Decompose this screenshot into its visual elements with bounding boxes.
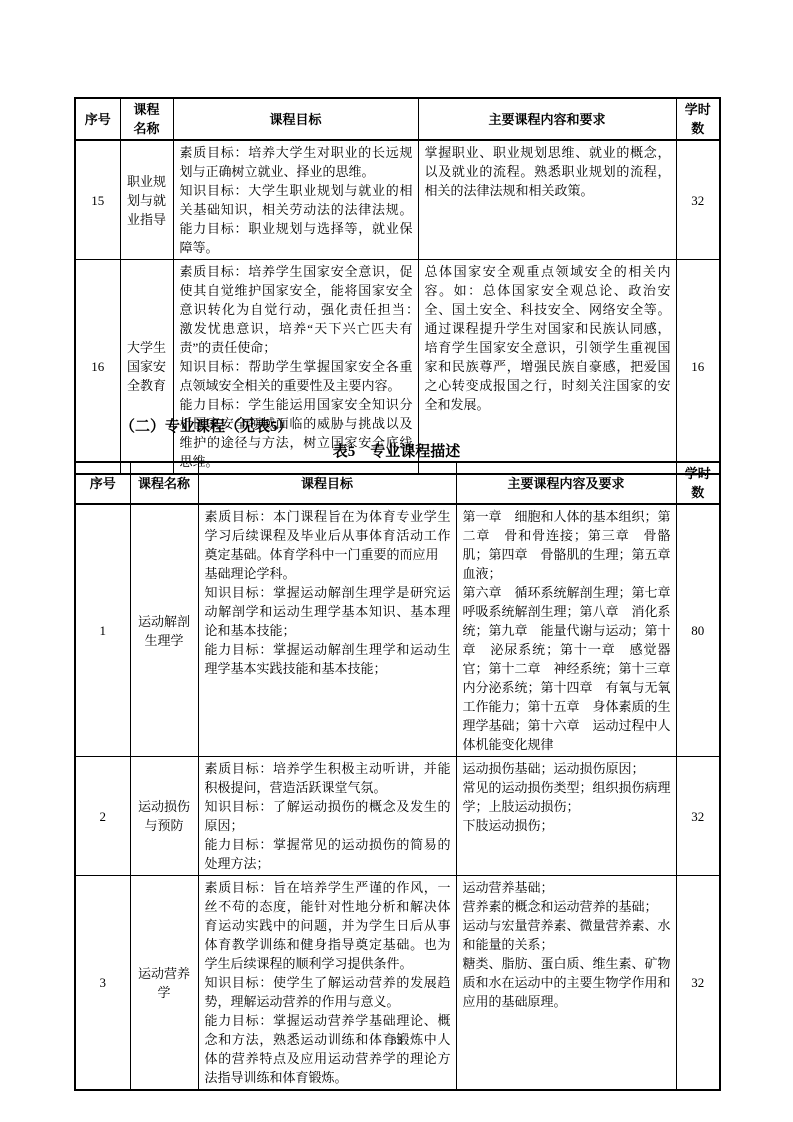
table-row-1: 1 运动解剖 生理学 素质目标：本门课程旨在为体育专业学生学习后续课程及毕业后从… bbox=[75, 504, 720, 757]
cell-course-name: 运动解剖 生理学 bbox=[130, 504, 198, 757]
cell-objectives: 素质目标：培养大学生对职业的长远规划与正确树立就业、择业的思维。 知识目标：大学… bbox=[173, 140, 418, 260]
table-header-row: 序号 课程名称 课程目标 主要课程内容及要求 学时数 bbox=[75, 462, 720, 504]
header-objectives: 课程目标 bbox=[198, 462, 456, 504]
header-no: 序号 bbox=[75, 98, 120, 140]
cell-hours: 32 bbox=[676, 757, 720, 876]
table-row-2: 2 运动损伤 与预防 素质目标：培养学生积极主动听讲，并能积极提问，营造活跃课堂… bbox=[75, 757, 720, 876]
table5-caption: 表5 专业课程描述 bbox=[0, 440, 793, 461]
cell-course-name: 运动损伤 与预防 bbox=[130, 757, 198, 876]
cell-no: 2 bbox=[75, 757, 130, 876]
header-course-name: 课程名称 bbox=[130, 462, 198, 504]
cell-no: 1 bbox=[75, 504, 130, 757]
table-row-15: 15 职业规 划与就 业指导 素质目标：培养大学生对职业的长远规划与正确树立就业… bbox=[75, 140, 720, 260]
cell-objectives: 素质目标：本门课程旨在为体育专业学生学习后续课程及毕业后从事体育活动工作奠定基础… bbox=[198, 504, 456, 757]
cell-no: 3 bbox=[75, 876, 130, 1091]
section-heading: （二）专业课程（见表5） bbox=[120, 415, 293, 436]
major-course-table: 序号 课程名称 课程目标 主要课程内容及要求 学时数 1 运动解剖 生理学 素质… bbox=[74, 461, 721, 1091]
page-number: 33 bbox=[0, 1033, 793, 1048]
cell-content: 掌握职业、职业规划思维、就业的概念，以及就业的流程。熟悉职业规划的流程，相关的法… bbox=[418, 140, 676, 260]
header-content: 主要课程内容及要求 bbox=[456, 462, 676, 504]
header-course-name: 课程 名称 bbox=[120, 98, 173, 140]
header-objectives: 课程目标 bbox=[173, 98, 418, 140]
cell-hours: 32 bbox=[676, 876, 720, 1091]
cell-content: 运动营养基础； 营养素的概念和运动营养的基础； 运动与宏量营养素、微量营养素、水… bbox=[456, 876, 676, 1091]
cell-objectives: 素质目标：培养学生积极主动听讲，并能积极提问，营造活跃课堂气氛。 知识目标：了解… bbox=[198, 757, 456, 876]
header-hours: 学时数 bbox=[676, 98, 720, 140]
table-row-3: 3 运动营养 学 素质目标：旨在培养学生严谨的作风，一丝不苟的态度，能针对性地分… bbox=[75, 876, 720, 1091]
cell-no: 15 bbox=[75, 140, 120, 260]
header-hours: 学时数 bbox=[676, 462, 720, 504]
cell-course-name: 运动营养 学 bbox=[130, 876, 198, 1091]
cell-hours: 32 bbox=[676, 140, 720, 260]
cell-hours: 80 bbox=[676, 504, 720, 757]
table-header-row: 序号 课程 名称 课程目标 主要课程内容和要求 学时数 bbox=[75, 98, 720, 140]
document-page: 序号 课程 名称 课程目标 主要课程内容和要求 学时数 15 职业规 划与就 业… bbox=[0, 0, 793, 1122]
cell-content: 第一章 细胞和人体的基本组织；第二章 骨和骨连接；第三章 骨骼肌；第四章 骨骼肌… bbox=[456, 504, 676, 757]
header-content: 主要课程内容和要求 bbox=[418, 98, 676, 140]
cell-objectives: 素质目标：旨在培养学生严谨的作风，一丝不苟的态度，能针对性地分析和解决体育运动实… bbox=[198, 876, 456, 1091]
header-no: 序号 bbox=[75, 462, 130, 504]
cell-course-name: 职业规 划与就 业指导 bbox=[120, 140, 173, 260]
cell-content: 运动损伤基础；运动损伤原因； 常见的运动损伤类型；组织损伤病理学；上肢运动损伤；… bbox=[456, 757, 676, 876]
